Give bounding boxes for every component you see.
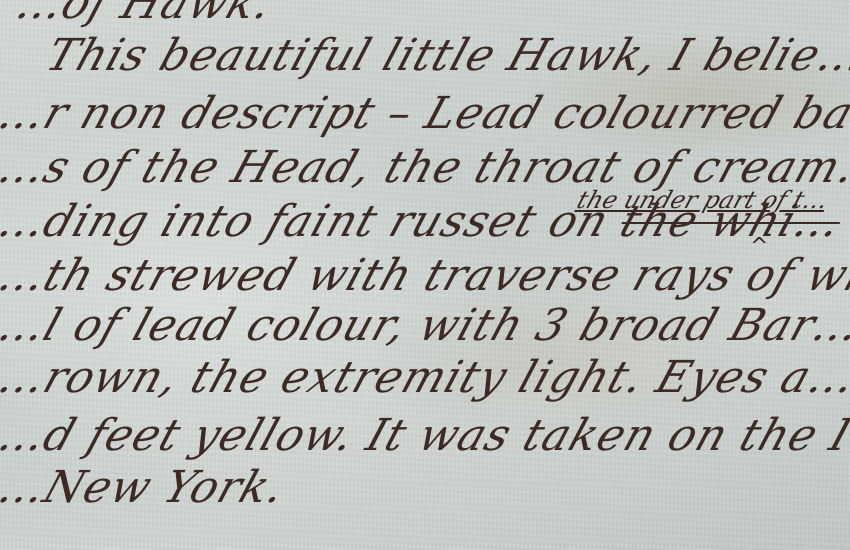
- text-line-4: …ding into faint russet on the whi…: [0, 196, 849, 247]
- text-line-5: …th strewed with traverse rays of white: [0, 250, 850, 301]
- struck-text: the whi…: [614, 196, 849, 247]
- text-line-2: …r non descript – Lead colourred ba…: [0, 88, 850, 139]
- text-line-0: …of Hawk.: [10, 0, 279, 29]
- text-line-8: …d feet yellow. It was taken on the I…: [0, 410, 850, 461]
- text-line-7: …rown, the extremity light. Eyes a…: [0, 352, 850, 403]
- text-line-6: …l of lead colour, with 3 broad Bar…: [0, 300, 850, 351]
- manuscript-page: …of Hawk. This beautiful little Hawk, I …: [0, 0, 850, 550]
- text-line-1: This beautiful little Hawk, I belie…: [40, 30, 850, 81]
- text-line-9: …New York.: [0, 462, 292, 513]
- text-line-4-main: …ding into faint russet on: [0, 196, 616, 247]
